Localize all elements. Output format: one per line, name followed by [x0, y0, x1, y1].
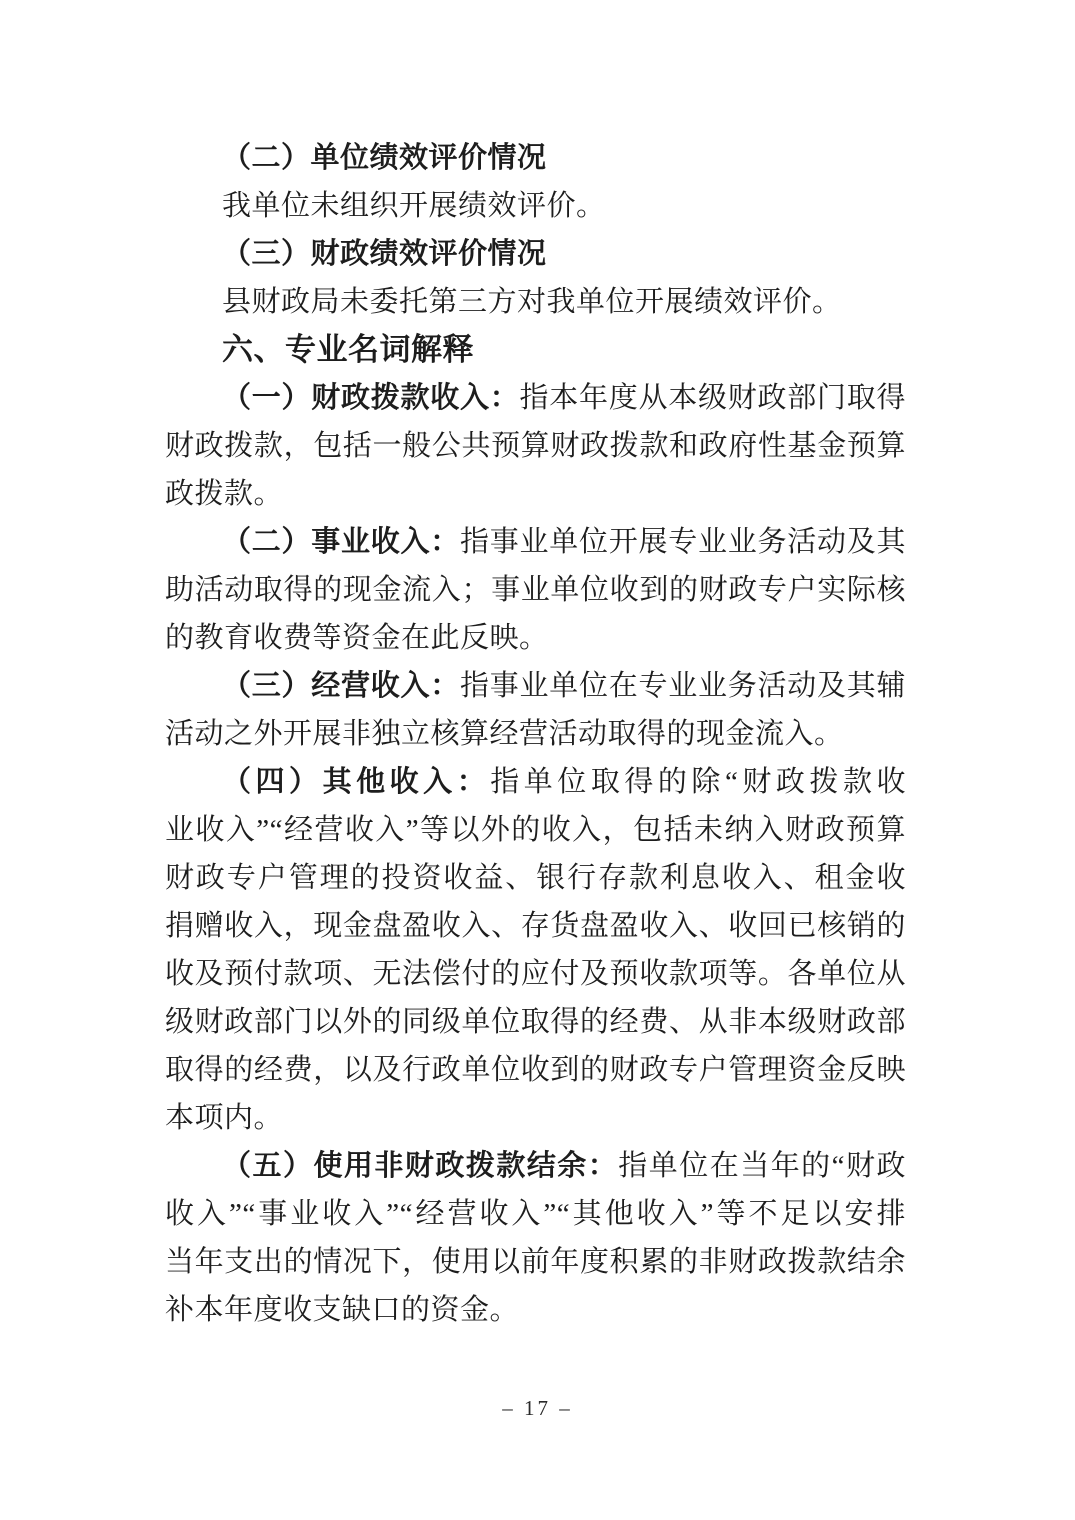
text-line: （三）财政绩效评价情况 — [165, 230, 906, 278]
text-line: （一）财政拨款收入：指本年度从本级财政部门取得的 — [165, 374, 906, 422]
text-line: （五）使用非财政拨款结余：指单位在当年的“财政拨款 — [165, 1142, 906, 1190]
text-line: 财政拨款，包括一般公共预算财政拨款和政府性基金预算财 — [165, 422, 906, 470]
text-line: 补本年度收支缺口的资金。 — [165, 1286, 906, 1334]
term-lead: （一）财政拨款收入： — [222, 382, 520, 414]
text-line: 业收入”“经营收入”等以外的收入，包括未纳入财政预算或 — [165, 806, 906, 854]
text-line: 的教育收费等资金在此反映。 — [165, 614, 906, 662]
text-line: 当年支出的情况下，使用以前年度积累的非财政拨款结余弥 — [165, 1238, 906, 1286]
text-line: 收入”“事业收入”“经营收入”“其他收入”等不足以安排 — [165, 1190, 906, 1238]
text-line: 政拨款。 — [165, 470, 906, 518]
text-line: （二）事业收入：指事业单位开展专业业务活动及其辅 — [165, 518, 906, 566]
text-line: 本项内。 — [165, 1094, 906, 1142]
text-line: 级财政部门以外的同级单位取得的经费、从非本级财政部门 — [165, 998, 906, 1046]
term-lead: （四）其他收入： — [222, 766, 490, 798]
text-line: 捐赠收入，现金盘盈收入、存货盘盈收入、收回已核销的应 — [165, 902, 906, 950]
text-line: 助活动取得的现金流入；事业单位收到的财政专户实际核拨 — [165, 566, 906, 614]
text-line: 活动之外开展非独立核算经营活动取得的现金流入。 — [165, 710, 906, 758]
document-page: （二）单位绩效评价情况我单位未组织开展绩效评价。（三）财政绩效评价情况县财政局未… — [0, 0, 1075, 1520]
text-line: 收及预付款项、无法偿付的应付及预收款项等。各单位从本 — [165, 950, 906, 998]
term-lead: （五）使用非财政拨款结余： — [222, 1150, 618, 1182]
text-line: 取得的经费，以及行政单位收到的财政专户管理资金反映在 — [165, 1046, 906, 1094]
text-line: 我单位未组织开展绩效评价。 — [165, 182, 906, 230]
page-number-footer: – 17 – — [0, 1396, 1075, 1421]
text-line: （三）经营收入：指事业单位在专业业务活动及其辅助 — [165, 662, 906, 710]
text-line: 县财政局未委托第三方对我单位开展绩效评价。 — [165, 278, 906, 326]
document-body: （二）单位绩效评价情况我单位未组织开展绩效评价。（三）财政绩效评价情况县财政局未… — [165, 134, 906, 1334]
term-lead: （三）经营收入： — [222, 670, 460, 702]
term-lead: （二）事业收入： — [222, 526, 460, 558]
text-line: （二）单位绩效评价情况 — [165, 134, 906, 182]
text-line: 六、专业名词解释 — [165, 326, 906, 374]
text-line: （四）其他收入：指单位取得的除“财政拨款收入”“事 — [165, 758, 906, 806]
text-line: 财政专户管理的投资收益、银行存款利息收入、租金收入、 — [165, 854, 906, 902]
